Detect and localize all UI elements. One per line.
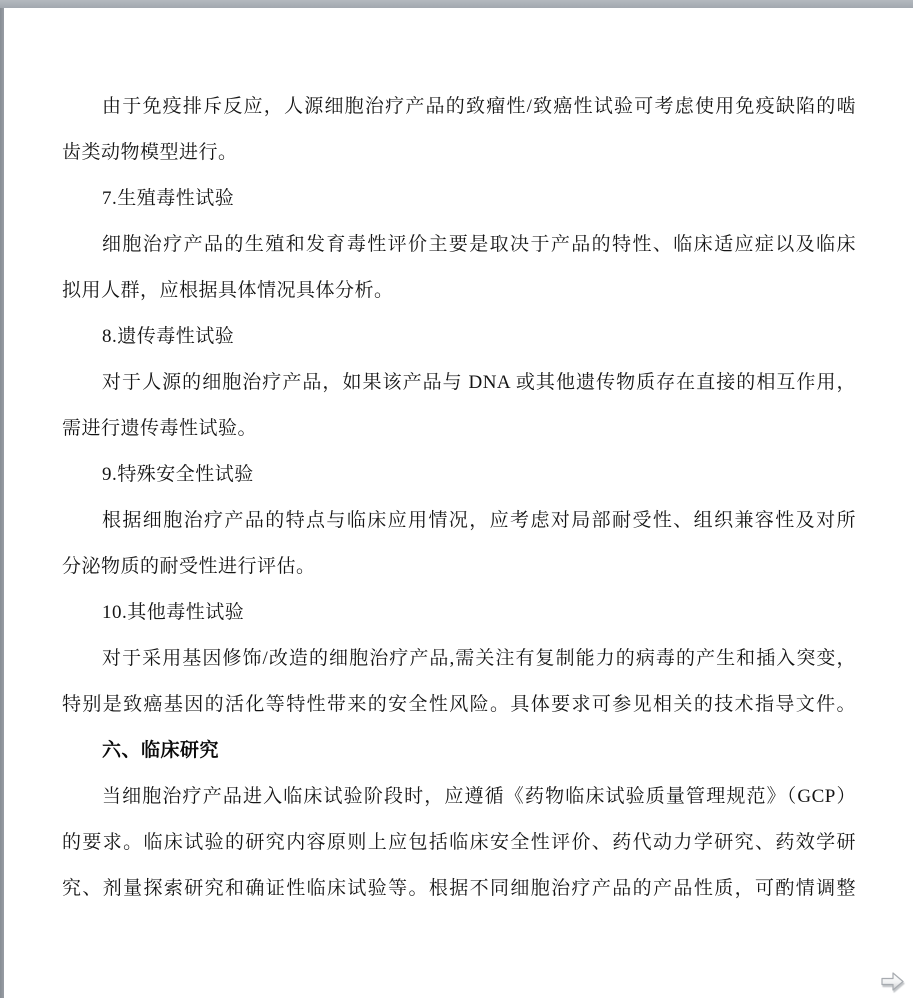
text-line: 7.生殖毒性试验 — [62, 176, 856, 222]
text-line: 需进行遗传毒性试验。 — [62, 406, 856, 452]
text-line: 8.遗传毒性试验 — [62, 314, 856, 360]
text-line: 分泌物质的耐受性进行评估。 — [62, 544, 856, 590]
page-left-edge-shadow — [0, 8, 4, 998]
section-heading: 六、临床研究 — [62, 728, 856, 774]
text-line: 10.其他毒性试验 — [62, 590, 856, 636]
window-top-band — [0, 0, 913, 8]
document-body: 由于免疫排斥反应，人源细胞治疗产品的致瘤性/致癌性试验可考虑使用免疫缺陷的啮齿类… — [62, 84, 856, 912]
text-line: 齿类动物模型进行。 — [62, 130, 856, 176]
text-line: 9.特殊安全性试验 — [62, 452, 856, 498]
text-line: 特别是致癌基因的活化等特性带来的安全性风险。具体要求可参见相关的技术指导文件。 — [62, 682, 856, 728]
text-line: 究、剂量探索研究和确证性临床试验等。根据不同细胞治疗产品的产品性质，可酌情调整 — [62, 866, 856, 912]
text-line: 的要求。临床试验的研究内容原则上应包括临床安全性评价、药代动力学研究、药效学研 — [62, 820, 856, 866]
text-line: 由于免疫排斥反应，人源细胞治疗产品的致瘤性/致癌性试验可考虑使用免疫缺陷的啮 — [62, 84, 856, 130]
text-line: 对于人源的细胞治疗产品，如果该产品与 DNA 或其他遗传物质存在直接的相互作用， — [62, 360, 856, 406]
text-line: 根据细胞治疗产品的特点与临床应用情况，应考虑对局部耐受性、组织兼容性及对所 — [62, 498, 856, 544]
next-page-arrow-icon[interactable] — [879, 968, 906, 995]
text-line: 当细胞治疗产品进入临床试验阶段时，应遵循《药物临床试验质量管理规范》（GCP） — [62, 774, 856, 820]
text-line: 对于采用基因修饰/改造的细胞治疗产品,需关注有复制能力的病毒的产生和插入突变， — [62, 636, 856, 682]
document-page: { "page": { "background_color": "#ffffff… — [0, 0, 913, 1003]
text-line: 拟用人群，应根据具体情况具体分析。 — [62, 268, 856, 314]
text-line: 细胞治疗产品的生殖和发育毒性评价主要是取决于产品的特性、临床适应症以及临床 — [62, 222, 856, 268]
